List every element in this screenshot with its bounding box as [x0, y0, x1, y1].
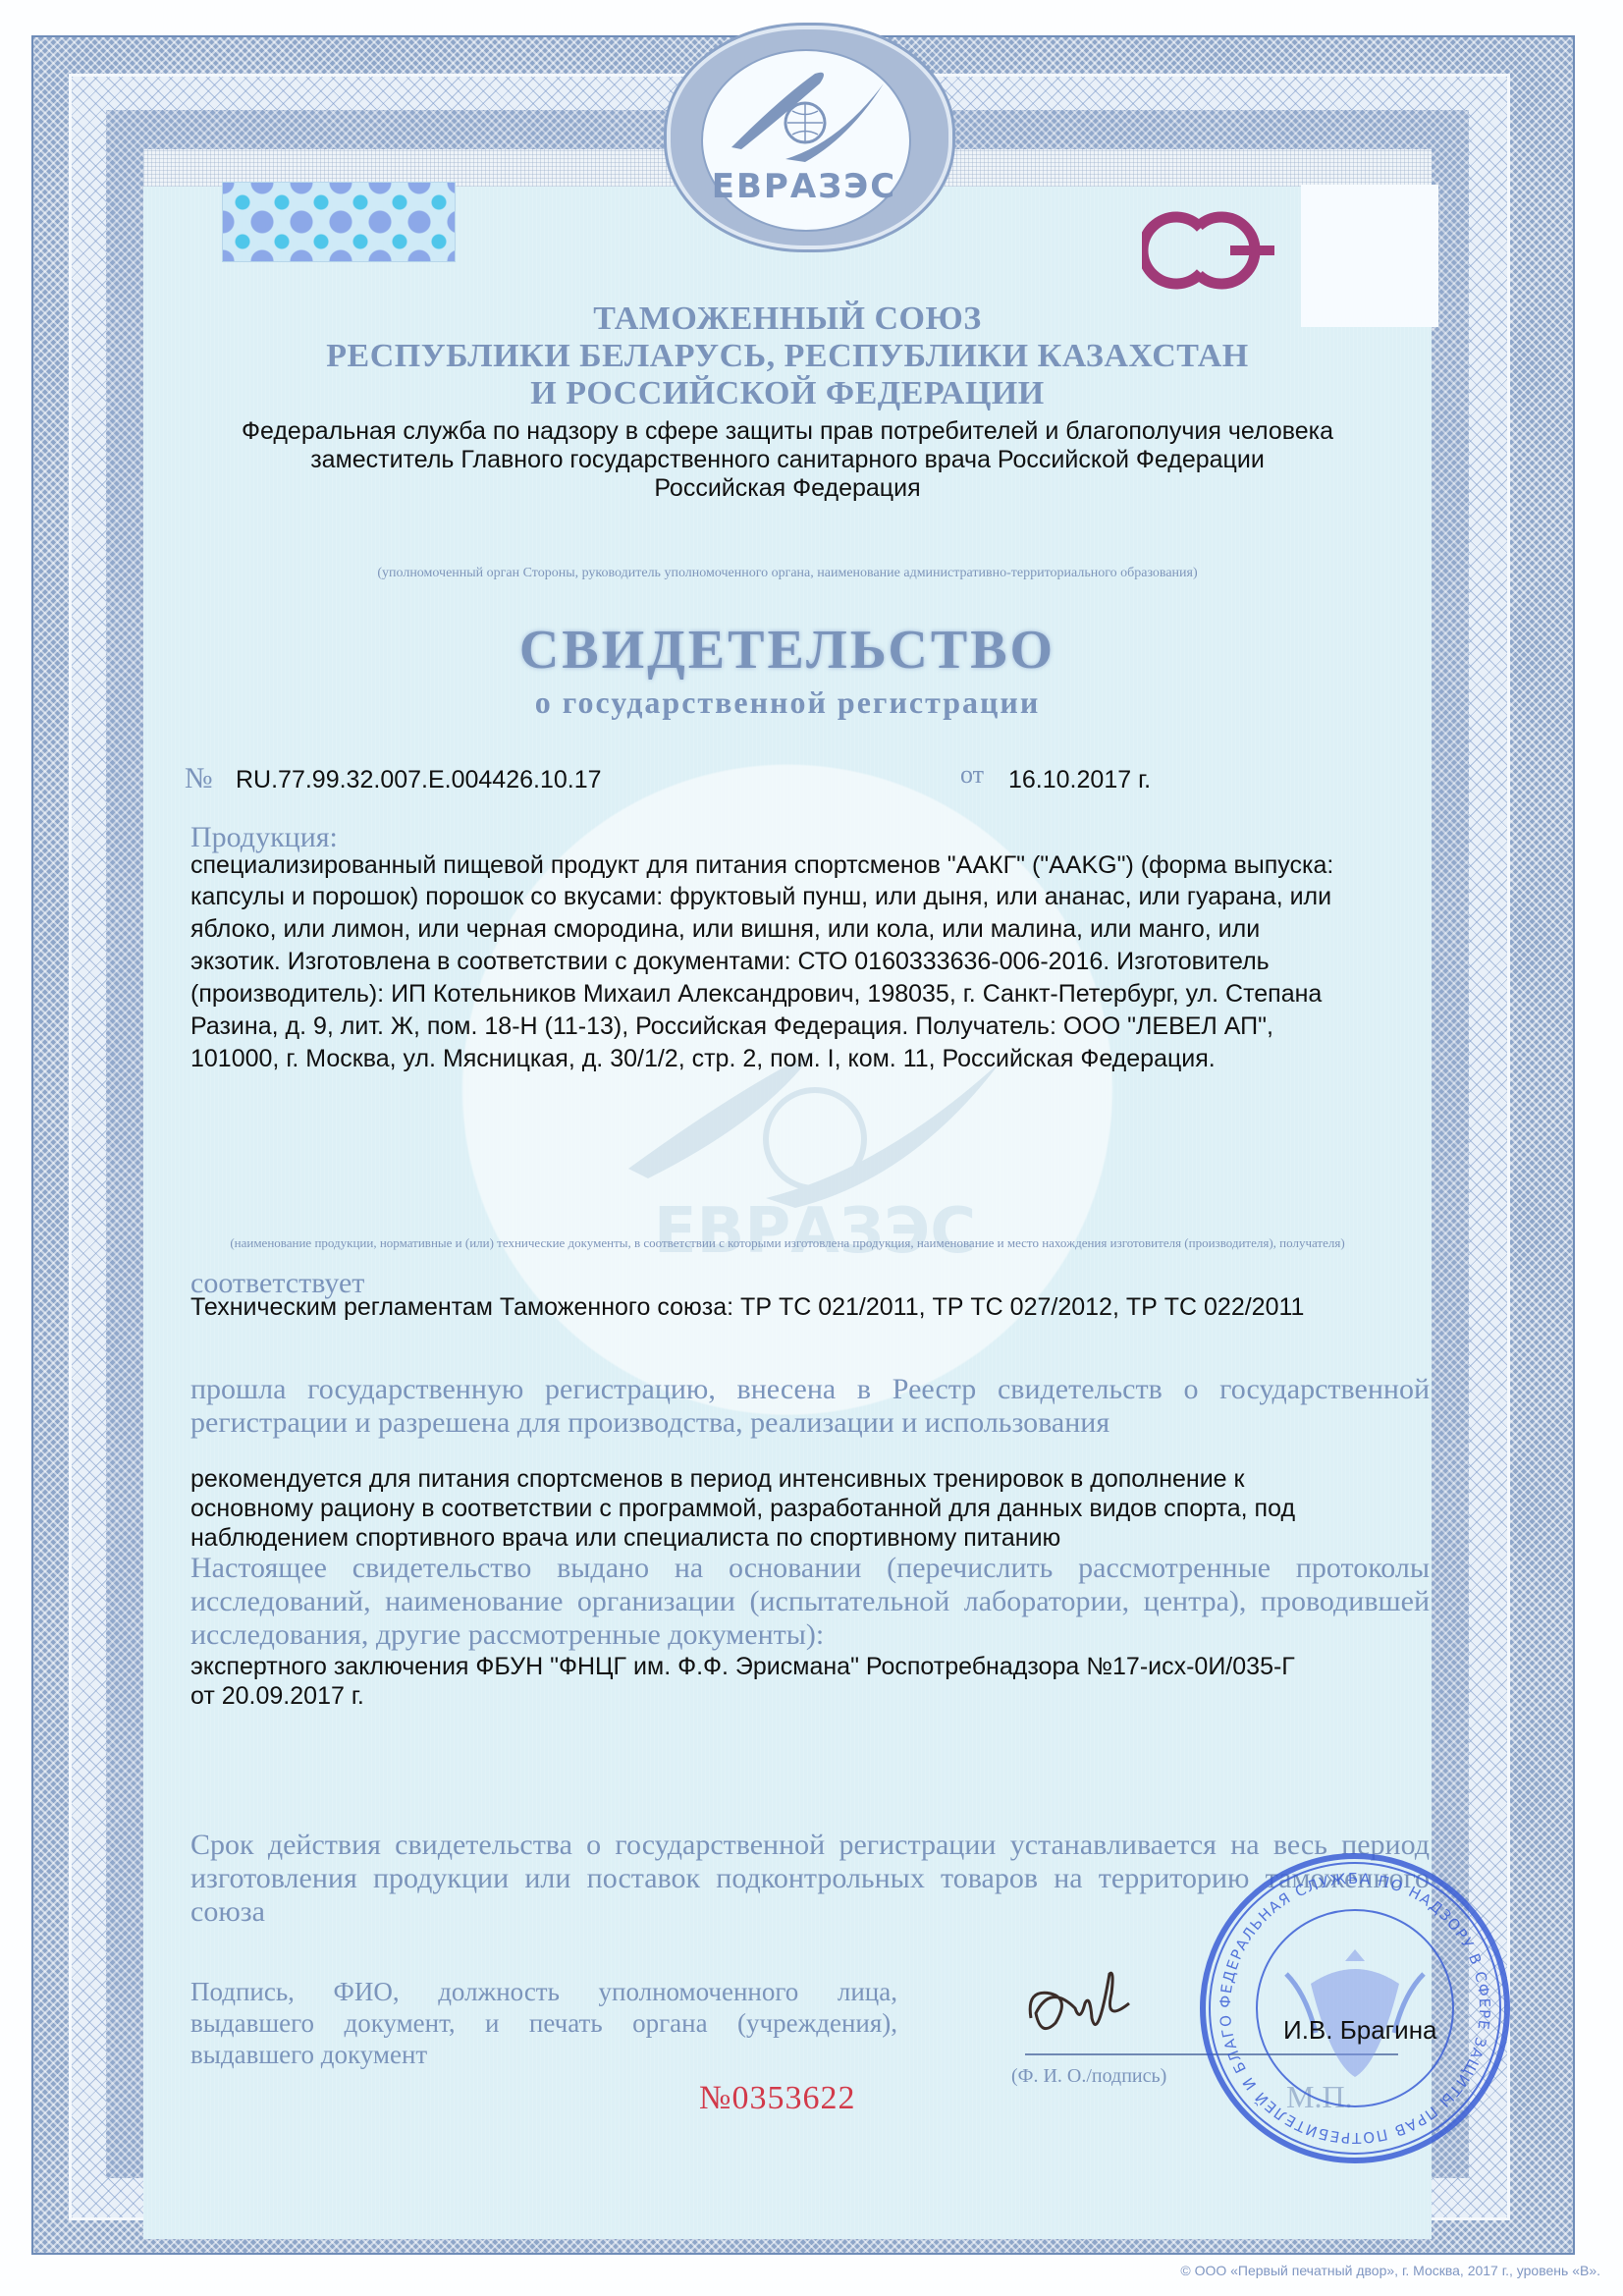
document-subtitle: о государственной регистрации	[143, 684, 1432, 721]
product-line: 101000, г. Москва, ул. Мясницкая, д. 30/…	[190, 1044, 1216, 1073]
signer-name: И.В. Брагина	[1283, 2015, 1437, 2045]
product-line: Разина, д. 9, лит. Ж, пом. 18-Н (11-13),…	[190, 1011, 1273, 1041]
serial-number: №0353622	[699, 2080, 855, 2117]
header-line-1: ТАМОЖЕННЫЙ СОЮЗ	[143, 301, 1432, 338]
product-line: капсулы и порошок) порошок со вкусами: ф…	[190, 882, 1331, 911]
fio-hint: (Ф. И. О./подпись)	[1011, 2059, 1166, 2093]
product-line: экзотик. Изготовлена в соответствии с до…	[190, 947, 1270, 976]
printer-credit: © ООО «Первый печатный двор», г. Москва,…	[1011, 2263, 1600, 2278]
number-label: №	[185, 762, 213, 795]
usage-line: наблюдением спортивного врача или специа…	[190, 1523, 1060, 1553]
hologram-icon	[222, 182, 456, 262]
date-label: от	[960, 758, 984, 792]
document-title: СВИДЕТЕЛЬСТВО	[143, 619, 1432, 682]
signature-label: Подпись, ФИО, должность уполномоченного …	[190, 1976, 897, 2070]
product-hint: (наименование продукции, нормативные и (…	[143, 1235, 1432, 1251]
conformity-text: Техническим регламентам Таможенного союз…	[190, 1292, 1304, 1322]
basis-line: от 20.09.2017 г.	[190, 1681, 364, 1711]
handwritten-signature-icon	[1021, 1964, 1139, 2052]
basis-statement: Настоящее свидетельство выдано на основа…	[190, 1552, 1430, 1652]
registration-date: 16.10.2017 г.	[1008, 765, 1151, 794]
product-line: специализированный пищевой продукт для п…	[190, 850, 1333, 880]
header-line-3: И РОССИЙСКОЙ ФЕДЕРАЦИИ	[143, 375, 1432, 412]
product-label: Продукция:	[190, 821, 338, 854]
usage-line: основному рациону в соответствии с прогр…	[190, 1494, 1295, 1523]
official-stamp-icon: ФЕДЕРАЛЬНАЯ СЛУЖБА ПО НАДЗОРУ В СФЕРЕ ЗА…	[1193, 1846, 1517, 2170]
authority-line-1: Федеральная служба по надзору в сфере за…	[143, 416, 1432, 446]
authority-hint: (уполномоченный орган Стороны, руководит…	[143, 566, 1432, 581]
basis-line: экспертного заключения ФБУН "ФНЦГ им. Ф.…	[190, 1652, 1295, 1681]
eurasec-logo-icon	[722, 69, 889, 167]
conformity-mark-icon	[1142, 206, 1279, 295]
authority-line-2: заместитель Главного государственного са…	[143, 445, 1432, 474]
registry-statement: прошла государственную регистрацию, внес…	[190, 1373, 1430, 1440]
usage-line: рекомендуется для питания спортсменов в …	[190, 1464, 1244, 1494]
product-line: (производитель): ИП Котельников Михаил А…	[190, 979, 1322, 1009]
product-line: яблоко, или лимон, или черная смородина,…	[190, 914, 1260, 944]
header-line-2: РЕСПУБЛИКИ БЕЛАРУСЬ, РЕСПУБЛИКИ КАЗАХСТА…	[143, 338, 1432, 375]
registration-number: RU.77.99.32.007.Е.004426.10.17	[236, 765, 602, 794]
authority-line-3: Российская Федерация	[143, 473, 1432, 503]
emblem-text: ЕВРАЗЭС	[701, 167, 907, 206]
